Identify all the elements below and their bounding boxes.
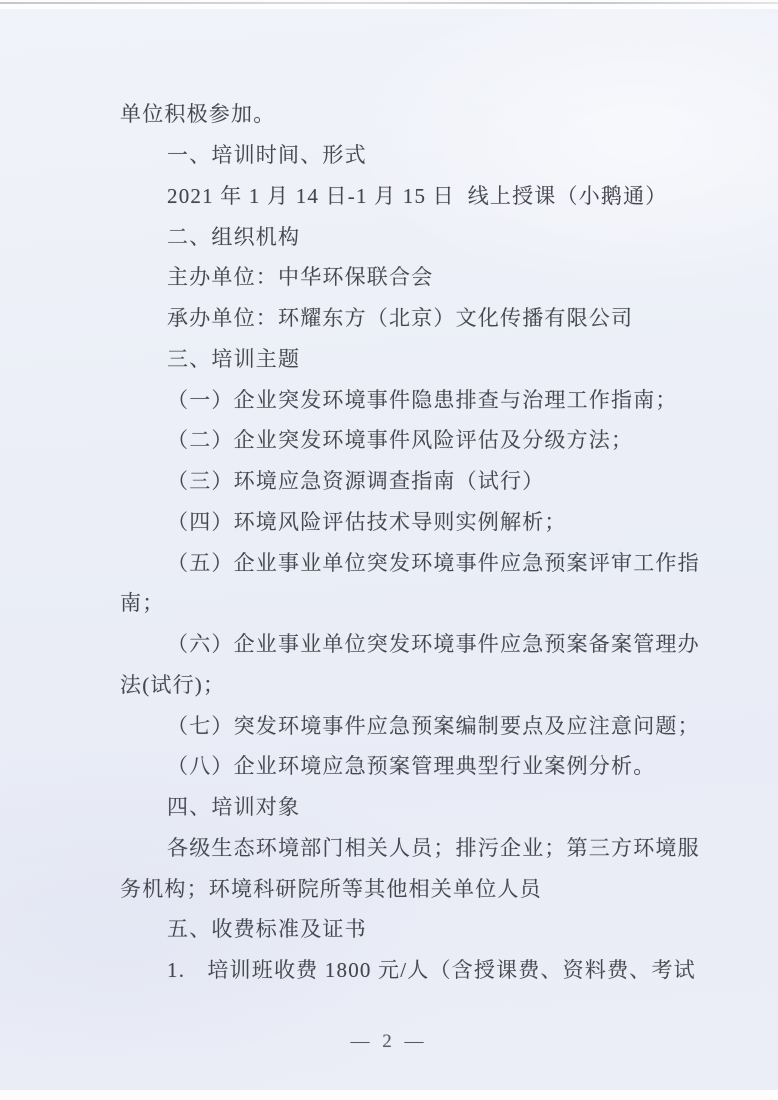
scan-artifact-line [0, 2, 778, 4]
list-item-line: （三）环境应急资源调查指南（试行） [120, 460, 680, 501]
section-heading-line: 五、收费标准及证书 [120, 908, 680, 949]
section-heading-line: 二、组织机构 [120, 215, 680, 256]
list-item-line: （八）企业环境应急预案管理典型行业案例分析。 [120, 745, 680, 786]
document-viewer: 单位积极参加。 一、培训时间、形式 2021 年 1 月 14 日-1 月 15… [0, 0, 778, 1100]
body-text-line: 各级生态环境部门相关人员；排污企业；第三方环境服 [120, 827, 680, 868]
page-body: 单位积极参加。 一、培训时间、形式 2021 年 1 月 14 日-1 月 15… [120, 93, 680, 990]
body-continuation-line: 单位积极参加。 [120, 93, 680, 134]
body-wrap-line: 务机构；环境科研院所等其他相关单位人员 [120, 867, 680, 908]
list-item-line: （一）企业突发环境事件隐患排查与治理工作指南； [120, 378, 680, 419]
section-heading-line: 一、培训时间、形式 [120, 134, 680, 175]
scanned-page: 单位积极参加。 一、培训时间、形式 2021 年 1 月 14 日-1 月 15… [0, 9, 778, 1090]
list-item-line: （七）突发环境事件应急预案编制要点及应注意问题； [120, 704, 680, 745]
list-item-line: （六）企业事业单位突发环境事件应急预案备案管理办 [120, 623, 680, 664]
section-heading-line: 三、培训主题 [120, 338, 680, 379]
body-text-line: 1. 培训班收费 1800 元/人（含授课费、资料费、考试 [120, 949, 680, 990]
list-item-wrap-line: 法(试行)； [120, 664, 680, 705]
list-item-line: （二）企业突发环境事件风险评估及分级方法； [120, 419, 680, 460]
body-text-line: 主办单位：中华环保联合会 [120, 256, 680, 297]
list-item-line: （五）企业事业单位突发环境事件应急预案评审工作指 [120, 541, 680, 582]
page-number: — 2 — [0, 1022, 778, 1062]
body-text-line: 承办单位：环耀东方（北京）文化传播有限公司 [120, 297, 680, 338]
list-item-line: （四）环境风险评估技术导则实例解析； [120, 501, 680, 542]
section-heading-line: 四、培训对象 [120, 786, 680, 827]
list-item-wrap-line: 南； [120, 582, 680, 623]
body-text-line: 2021 年 1 月 14 日-1 月 15 日 线上授课（小鹅通） [120, 175, 680, 216]
